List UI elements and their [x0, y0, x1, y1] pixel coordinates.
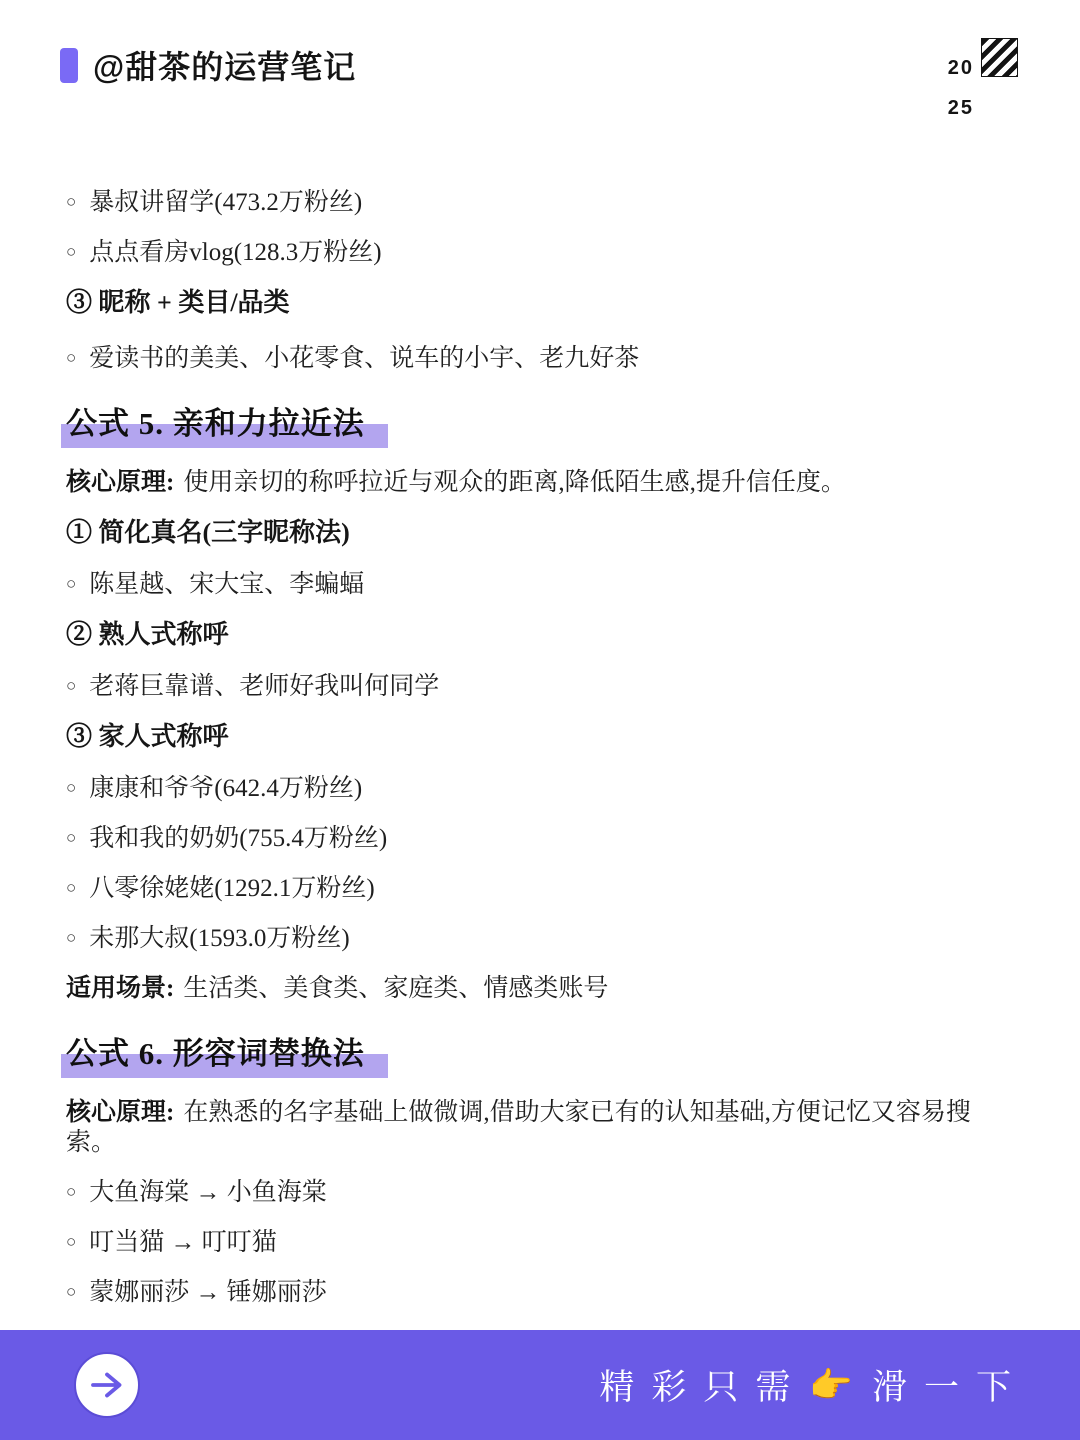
list-item-text: 爱读书的美美、小花零食、说车的小宇、老九好茶: [89, 344, 639, 374]
numbered-heading-text: ① 简化真名(三字昵称法): [66, 518, 350, 547]
bullet-circle-icon: ○: [66, 671, 76, 701]
numbered-heading-text: ③ 家人式称呼: [66, 722, 229, 751]
numbered-heading-text: ③ 昵称 + 类目/品类: [66, 288, 290, 317]
list-item: ○ 陈星越、宋大宝、李蝙蝠: [66, 570, 1020, 600]
bullet-circle-icon: ○: [66, 1177, 76, 1207]
page-header: @甜茶的运营笔记 20 25: [0, 0, 1080, 138]
content: ○ 暴叔讲留学(473.2万粉丝) ○ 点点看房vlog(128.3万粉丝) ③…: [0, 138, 1080, 1330]
footer-slogan-right: 滑一下: [872, 1360, 1028, 1410]
list-item-text: 康康和爷爷(642.4万粉丝): [89, 774, 362, 804]
section-heading-row: 公式 6. 形容词替换法: [66, 1036, 1020, 1072]
next-page-button[interactable]: [74, 1352, 140, 1418]
list-item-text: 点点看房vlog(128.3万粉丝): [89, 238, 381, 268]
numbered-heading: ③ 昵称 + 类目/品类: [66, 288, 1020, 318]
list-item-text: 蒙娜丽莎 → 锤娜丽莎: [89, 1278, 327, 1308]
list-item: ○ 未那大叔(1593.0万粉丝): [66, 924, 1020, 954]
principle-label: 核心原理:: [66, 469, 174, 496]
year-bottom: 25: [948, 98, 974, 118]
bullet-circle-icon: ○: [66, 1277, 76, 1307]
section-heading-row: 公式 5. 亲和力拉近法: [66, 406, 1020, 442]
numbered-heading: ② 熟人式称呼: [66, 620, 1020, 650]
list-item: ○ 暴叔讲留学(473.2万粉丝): [66, 188, 1020, 218]
list-item-text: 暴叔讲留学(473.2万粉丝): [89, 188, 362, 218]
year-top: 20: [948, 58, 974, 78]
list-item-text: 八零徐姥姥(1292.1万粉丝): [89, 874, 374, 904]
list-item: ○ 我和我的奶奶(755.4万粉丝): [66, 824, 1020, 854]
list-item-text: 老蒋巨靠谱、老师好我叫何同学: [89, 672, 439, 702]
scene-text: 生活类、美食类、家庭类、情感类账号: [183, 975, 608, 1002]
bullet-circle-icon: ○: [66, 569, 76, 599]
list-item-text: 陈星越、宋大宝、李蝙蝠: [89, 570, 364, 600]
list-item-text: 我和我的奶奶(755.4万粉丝): [89, 824, 387, 854]
bullet-circle-icon: ○: [66, 187, 76, 217]
principle-line: 核心原理:在熟悉的名字基础上做微调,借助大家已有的认知基础,方便记忆又容易搜索。: [66, 1098, 1020, 1158]
numbered-heading: ① 简化真名(三字昵称法): [66, 518, 1020, 548]
year-text: 20 25: [948, 38, 974, 138]
brand: @甜茶的运营笔记: [60, 42, 356, 88]
list-item: ○ 点点看房vlog(128.3万粉丝): [66, 238, 1020, 268]
list-item-text: 大鱼海棠 → 小鱼海棠: [89, 1178, 327, 1208]
footer-slogan-left: 精彩只需: [599, 1360, 807, 1410]
numbered-heading-text: ② 熟人式称呼: [66, 620, 229, 649]
list-item-text: 未那大叔(1593.0万粉丝): [89, 924, 349, 954]
list-item: ○ 八零徐姥姥(1292.1万粉丝): [66, 874, 1020, 904]
bullet-circle-icon: ○: [66, 343, 76, 373]
list-item-text: 叮当猫 → 叮叮猫: [89, 1228, 277, 1258]
bullet-circle-icon: ○: [66, 773, 76, 803]
brand-accent-bar: [60, 48, 78, 83]
bullet-circle-icon: ○: [66, 873, 76, 903]
section-heading: 公式 6. 形容词替换法: [66, 1036, 365, 1072]
bullet-circle-icon: ○: [66, 237, 76, 267]
list-item: ○ 老蒋巨靠谱、老师好我叫何同学: [66, 672, 1020, 702]
diagonal-stripes-icon: [981, 38, 1018, 77]
numbered-heading: ③ 家人式称呼: [66, 722, 1020, 752]
list-item: ○ 爱读书的美美、小花零食、说车的小宇、老九好茶: [66, 344, 1020, 374]
list-item: ○ 蒙娜丽莎 → 锤娜丽莎: [66, 1278, 1020, 1308]
scene-line: 适用场景:生活类、美食类、家庭类、情感类账号: [66, 974, 1020, 1004]
page-title: @甜茶的运营笔记: [93, 42, 356, 88]
section-heading: 公式 5. 亲和力拉近法: [66, 406, 365, 442]
footer-slogan: 精彩只需👉滑一下: [599, 1360, 1028, 1410]
principle-line: 核心原理:使用亲切的称呼拉近与观众的距离,降低陌生感,提升信任度。: [66, 468, 1020, 498]
arrow-right-icon: [90, 1371, 124, 1399]
list-item: ○ 康康和爷爷(642.4万粉丝): [66, 774, 1020, 804]
principle-text: 使用亲切的称呼拉近与观众的距离,降低陌生感,提升信任度。: [183, 469, 846, 496]
bullet-circle-icon: ○: [66, 1227, 76, 1257]
principle-text: 在熟悉的名字基础上做微调,借助大家已有的认知基础,方便记忆又容易搜索。: [66, 1099, 971, 1156]
list-item: ○ 叮当猫 → 叮叮猫: [66, 1228, 1020, 1258]
year-badge: 20 25: [948, 38, 1018, 138]
footer-bar: 精彩只需👉滑一下: [0, 1330, 1080, 1440]
bullet-circle-icon: ○: [66, 923, 76, 953]
bullet-circle-icon: ○: [66, 823, 76, 853]
scene-label: 适用场景:: [66, 975, 174, 1002]
point-right-emoji: 👉: [809, 1365, 870, 1406]
principle-label: 核心原理:: [66, 1099, 174, 1126]
list-item: ○ 大鱼海棠 → 小鱼海棠: [66, 1178, 1020, 1208]
